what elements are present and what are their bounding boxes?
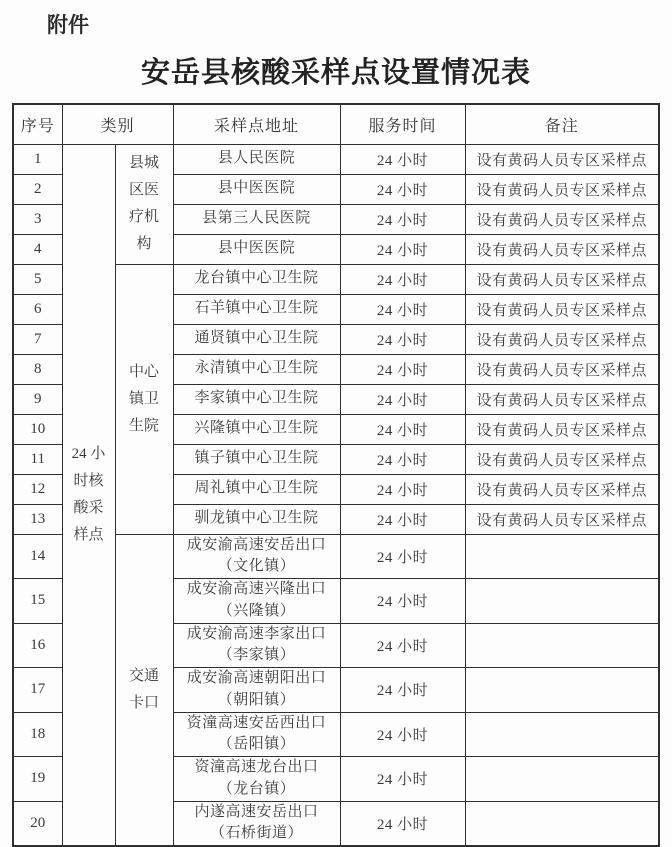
address-cell: 龙台镇中心卫生院 [173,264,340,294]
hours-cell: 24 小时 [340,414,465,444]
col-header-hours: 服务时间 [340,104,465,144]
address-cell: 内遂高速安岳出口 （石桥街道） [173,801,340,846]
serial-cell: 15 [13,579,62,624]
hours-cell: 24 小时 [340,623,465,668]
address-cell: 成安渝高速朝阳出口 （朝阳镇） [173,668,340,713]
hours-cell: 24 小时 [340,801,465,846]
remark-cell [465,668,659,713]
table-body: 124 小时核酸采样点县城区医疗机构县人民医院24 小时设有黄码人员专区采样点2… [13,144,659,846]
address-cell: 永清镇中心卫生院 [173,354,340,384]
hours-cell: 24 小时 [340,712,465,757]
serial-cell: 19 [13,757,62,802]
attachment-label: 附件 [47,9,89,39]
remark-cell: 设有黄码人员专区采样点 [465,294,659,324]
address-cell: 石羊镇中心卫生院 [173,294,340,324]
address-cell: 县第三人民医院 [173,204,340,234]
serial-cell: 18 [13,712,62,757]
category-sub-cell: 中心镇卫生院 [115,264,173,534]
serial-cell: 17 [13,668,62,713]
serial-cell: 10 [13,414,62,444]
hours-cell: 24 小时 [340,354,465,384]
hours-cell: 24 小时 [340,264,465,294]
hours-cell: 24 小时 [340,234,465,264]
category-sub-cell: 县城区医疗机构 [115,144,173,264]
serial-cell: 2 [13,174,62,204]
address-cell: 成安渝高速李家出口 （李家镇） [173,623,340,668]
address-cell: 李家镇中心卫生院 [173,384,340,414]
remark-cell: 设有黄码人员专区采样点 [465,414,659,444]
address-cell: 资潼高速龙台出口 （龙台镇） [173,757,340,802]
col-header-category: 类别 [62,104,173,144]
address-cell: 县中医医院 [173,174,340,204]
sampling-points-table: 序号 类别 采样点地址 服务时间 备注 124 小时核酸采样点县城区医疗机构县人… [12,103,660,847]
hours-cell: 24 小时 [340,144,465,174]
remark-cell [465,623,659,668]
serial-cell: 4 [13,234,62,264]
hours-cell: 24 小时 [340,534,465,579]
remark-cell [465,712,659,757]
remark-cell: 设有黄码人员专区采样点 [465,174,659,204]
serial-cell: 1 [13,144,62,174]
col-header-remark: 备注 [465,104,659,144]
page-title: 安岳县核酸采样点设置情况表 [0,50,672,91]
remark-cell: 设有黄码人员专区采样点 [465,234,659,264]
serial-cell: 6 [13,294,62,324]
serial-cell: 3 [13,204,62,234]
address-cell: 镇子镇中心卫生院 [173,444,340,474]
col-header-serial: 序号 [13,104,62,144]
serial-cell: 11 [13,444,62,474]
hours-cell: 24 小时 [340,444,465,474]
address-cell: 兴隆镇中心卫生院 [173,414,340,444]
address-cell: 县人民医院 [173,144,340,174]
header-row: 序号 类别 采样点地址 服务时间 备注 [13,104,659,144]
remark-cell: 设有黄码人员专区采样点 [465,324,659,354]
table-row: 124 小时核酸采样点县城区医疗机构县人民医院24 小时设有黄码人员专区采样点 [13,144,659,174]
remark-cell [465,534,659,579]
category-sub-cell: 交通卡口 [115,534,173,846]
serial-cell: 12 [13,474,62,504]
remark-cell: 设有黄码人员专区采样点 [465,474,659,504]
remark-cell: 设有黄码人员专区采样点 [465,264,659,294]
serial-cell: 16 [13,623,62,668]
serial-cell: 13 [13,504,62,534]
hours-cell: 24 小时 [340,474,465,504]
address-cell: 资潼高速安岳西出口 （岳阳镇） [173,712,340,757]
col-header-address: 采样点地址 [173,104,340,144]
document-page: { "page": { "attachment_label": "附件", "t… [0,0,672,841]
hours-cell: 24 小时 [340,174,465,204]
serial-cell: 9 [13,384,62,414]
address-cell: 成安渝高速兴隆出口 （兴隆镇） [173,579,340,624]
address-cell: 县中医医院 [173,234,340,264]
remark-cell: 设有黄码人员专区采样点 [465,444,659,474]
hours-cell: 24 小时 [340,757,465,802]
remark-cell: 设有黄码人员专区采样点 [465,504,659,534]
hours-cell: 24 小时 [340,294,465,324]
category-main-cell: 24 小时核酸采样点 [62,144,115,846]
hours-cell: 24 小时 [340,324,465,354]
remark-cell: 设有黄码人员专区采样点 [465,204,659,234]
remark-cell: 设有黄码人员专区采样点 [465,384,659,414]
hours-cell: 24 小时 [340,579,465,624]
category-main-label: 24 小时核酸采样点 [68,441,110,549]
category-sub-label: 县城区医疗机构 [128,150,161,258]
remark-cell: 设有黄码人员专区采样点 [465,144,659,174]
hours-cell: 24 小时 [340,504,465,534]
address-cell: 成安渝高速安岳出口 （文化镇） [173,534,340,579]
remark-cell [465,801,659,846]
address-cell: 通贤镇中心卫生院 [173,324,340,354]
hours-cell: 24 小时 [340,668,465,713]
remark-cell: 设有黄码人员专区采样点 [465,354,659,384]
serial-cell: 8 [13,354,62,384]
serial-cell: 5 [13,264,62,294]
serial-cell: 7 [13,324,62,354]
address-cell: 周礼镇中心卫生院 [173,474,340,504]
serial-cell: 20 [13,801,62,846]
category-sub-label: 交通卡口 [128,663,161,717]
serial-cell: 14 [13,534,62,579]
remark-cell [465,757,659,802]
address-cell: 驯龙镇中心卫生院 [173,504,340,534]
remark-cell [465,579,659,624]
hours-cell: 24 小时 [340,384,465,414]
category-sub-label: 中心镇卫生院 [128,359,161,440]
hours-cell: 24 小时 [340,204,465,234]
